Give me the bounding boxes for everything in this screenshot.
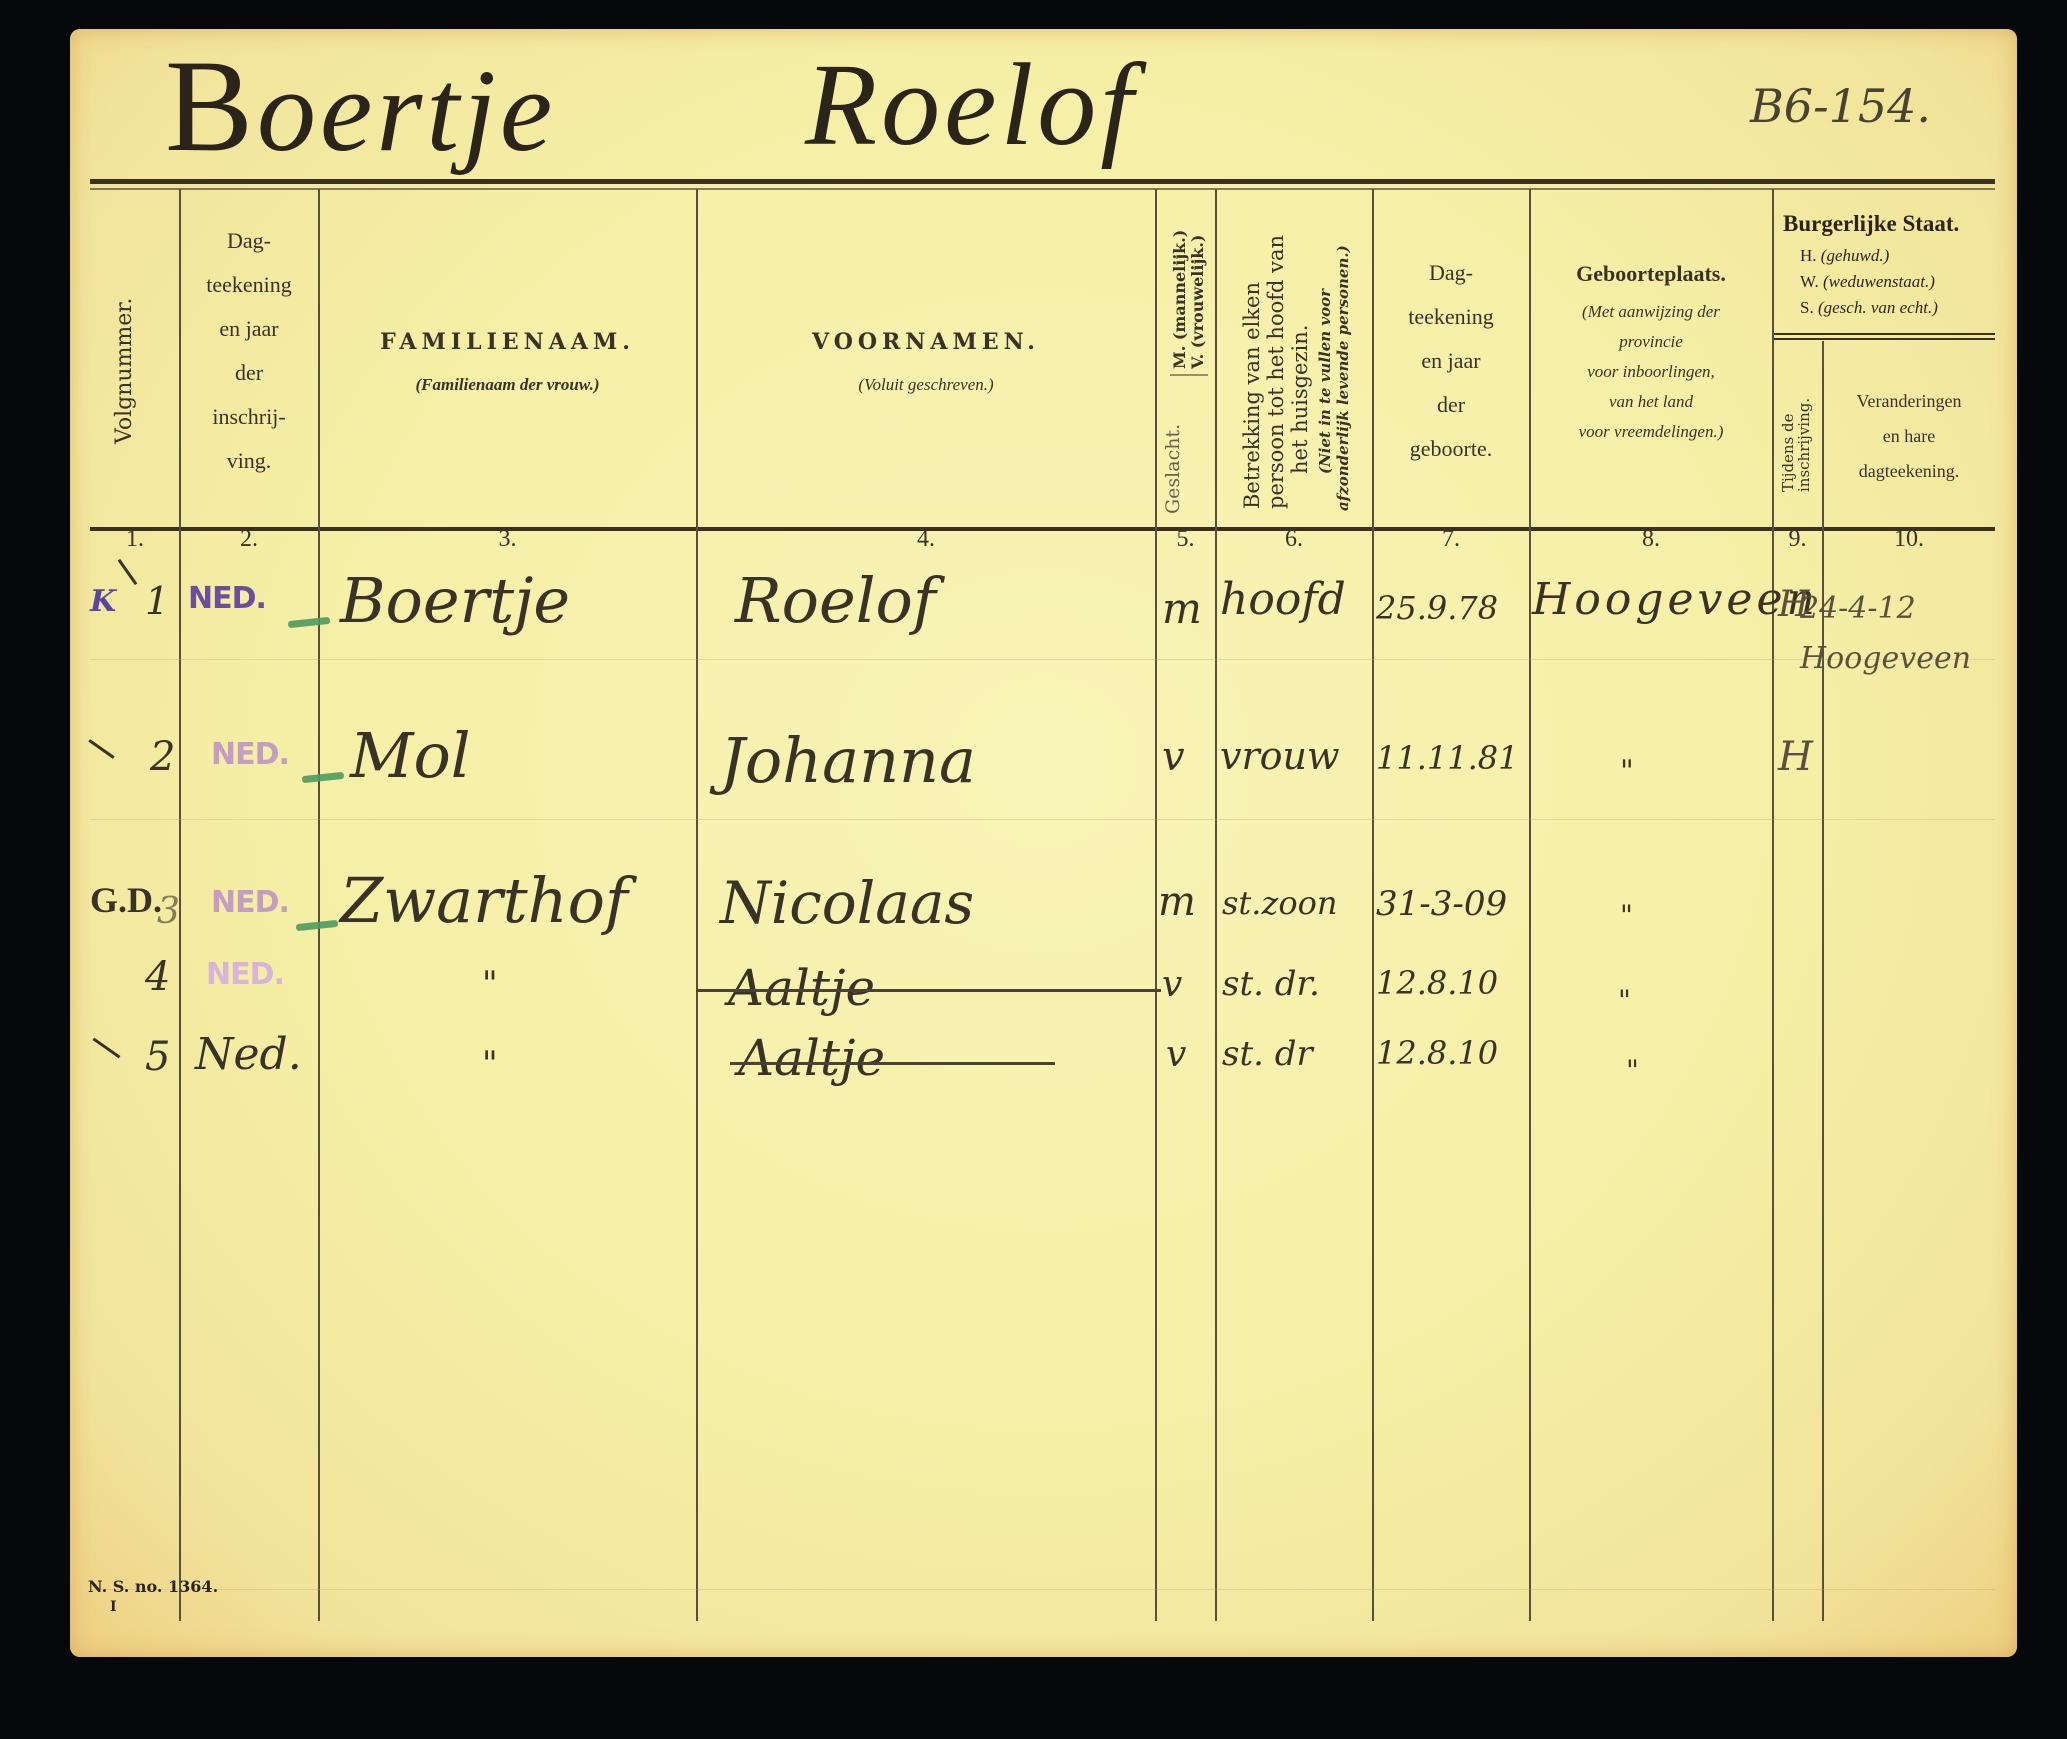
header-betrekking-line2: persoon tot het hoofd van xyxy=(1264,235,1288,509)
staat-rule-1 xyxy=(1774,333,1995,335)
row-geboortedatum: 25.9.78 xyxy=(1376,589,1498,627)
row-volgnummer: 1 xyxy=(145,579,169,623)
row-familienaam: Boertje xyxy=(340,564,570,637)
row-geslacht: v xyxy=(1162,964,1182,1005)
row-familienaam: " xyxy=(482,1044,498,1084)
header-tijdens-inschrijving: Tijdens de inschrijving. xyxy=(1780,398,1812,492)
column-divider-4 xyxy=(1155,189,1157,1621)
row-geslacht: v xyxy=(1166,1034,1186,1075)
row-staat: H xyxy=(1778,734,1813,780)
row-betrekking: hoofd xyxy=(1220,574,1346,625)
row-geboortedatum: 31-3-09 xyxy=(1376,884,1507,924)
staat-rule-2 xyxy=(1774,338,1995,340)
margin-mark: G.D. xyxy=(90,879,162,921)
column-divider-5 xyxy=(1215,189,1217,1621)
column-divider-3 xyxy=(696,189,698,1621)
row-familienaam: Zwarthof xyxy=(340,864,628,937)
row-betrekking: vrouw xyxy=(1220,734,1340,778)
row-volgnummer: 2 xyxy=(150,734,175,780)
column-divider-8 xyxy=(1772,189,1774,1621)
check-mark xyxy=(93,1038,121,1059)
row-veranderingen: 24-4-12 Hoogeveen xyxy=(1800,584,1990,684)
check-mark xyxy=(88,739,114,759)
row-betrekking: st. dr xyxy=(1222,1034,1313,1074)
green-mark xyxy=(288,617,331,628)
header-surname: Boertje xyxy=(165,29,556,182)
column-number-3: 3. xyxy=(319,526,696,553)
ruled-line xyxy=(90,1589,1995,1590)
green-mark xyxy=(296,920,339,931)
header-betrekking-note2: afzonderlijk levende personen.) xyxy=(1334,245,1352,511)
check-mark xyxy=(118,559,138,585)
header-dagteekening-inschrijving: Dag- teekening en jaar der inschrij- vin… xyxy=(180,219,318,483)
nationality-stamp: NED. xyxy=(211,885,289,920)
column-number-9: 9. xyxy=(1773,526,1822,553)
header-betrekking-note1: (Niet in te vullen voor xyxy=(1316,289,1334,474)
row-geslacht: m xyxy=(1162,584,1202,633)
nationality-handwritten: Ned. xyxy=(195,1029,302,1080)
row-familienaam: Mol xyxy=(350,719,471,792)
row-geboortedatum: 11.11.81 xyxy=(1376,739,1519,777)
row-geboorteplaats: " xyxy=(1620,899,1633,932)
header-geboorteplaats: Geboorteplaats. (Met aanwijzing der prov… xyxy=(1530,261,1772,447)
header-familienaam: FAMILIENAAM. (Familienaam der vrouw.) xyxy=(319,329,696,395)
header-veranderingen: Veranderingen en hare dagteekening. xyxy=(1823,384,1995,489)
staat-legend-h: H. (gehuwd.) xyxy=(1800,243,1938,269)
form-number: N. S. no. 1364. xyxy=(88,1577,218,1596)
header-dagteekening-geboorte: Dag- teekening en jaar der geboorte. xyxy=(1373,251,1529,471)
row-geboorteplaats: Hoogeveen xyxy=(1532,574,1819,625)
row-geslacht: m xyxy=(1158,879,1196,925)
green-mark xyxy=(302,772,345,783)
row-volgnummer: 4 xyxy=(145,954,170,1000)
column-number-1: 1. xyxy=(90,526,180,553)
ruled-line xyxy=(90,819,1995,820)
column-divider-2 xyxy=(318,189,320,1621)
header-firstname: Roelof xyxy=(805,37,1137,173)
header-voornamen: VOORNAMEN. (Voluit geschreven.) xyxy=(697,329,1155,395)
row-voornamen: Aaltje xyxy=(738,1029,885,1087)
staat-legend-s: S. (gesch. van echt.) xyxy=(1800,295,1938,321)
column-number-7: 7. xyxy=(1373,526,1529,553)
nationality-stamp: NED. xyxy=(188,581,266,616)
register-card: Boertje Roelof B6-154. Volgnummer. Dag- … xyxy=(70,29,2017,1657)
row-voornamen: Aaltje xyxy=(728,959,875,1017)
row-familienaam: " xyxy=(482,964,498,1004)
ruled-line xyxy=(90,659,1995,660)
row-voornamen: Roelof xyxy=(735,564,936,637)
row-voornamen: Nicolaas xyxy=(720,869,974,937)
row-volgnummer: 5 xyxy=(145,1034,170,1080)
header-geslacht: Geslacht. xyxy=(1162,424,1184,514)
row-geboortedatum: 12.8.10 xyxy=(1376,964,1498,1002)
row-betrekking: st. dr. xyxy=(1222,964,1320,1004)
row-volgnummer: 3 xyxy=(157,891,180,932)
header-betrekking-line1: Betrekking van elken xyxy=(1240,282,1264,509)
row-geboorteplaats: " xyxy=(1618,984,1631,1017)
column-number-4: 4. xyxy=(697,526,1155,553)
margin-mark: K xyxy=(90,584,115,619)
row-betrekking: st.zoon xyxy=(1222,884,1337,922)
header-surname-initial: B xyxy=(165,32,257,179)
nationality-stamp: NED. xyxy=(206,957,284,992)
header-top-rule-thin xyxy=(90,188,1995,190)
geslacht-legend-v: V. (vrouwelijk.) xyxy=(1188,235,1207,369)
strikethrough-line xyxy=(730,1062,1055,1065)
reference-number: B6-154. xyxy=(1750,79,1931,133)
header-top-rule xyxy=(90,179,1995,184)
column-number-10: 10. xyxy=(1823,526,1995,553)
strikethrough-line xyxy=(696,989,1161,992)
column-number-2: 2. xyxy=(180,526,318,553)
row-voornamen: Johanna xyxy=(720,724,976,797)
header-betrekking-line3: het huisgezin. xyxy=(1288,325,1312,474)
row-geboorteplaats: " xyxy=(1620,754,1634,789)
geslacht-divider xyxy=(1170,374,1208,376)
staat-legend-w: W. (weduwenstaat.) xyxy=(1800,269,1938,295)
row-geslacht: v xyxy=(1162,734,1185,780)
nationality-stamp: NED. xyxy=(211,737,289,772)
row-geboorteplaats: " xyxy=(1626,1054,1639,1087)
column-number-8: 8. xyxy=(1530,526,1772,553)
column-number-6: 6. xyxy=(1216,526,1372,553)
header-surname-rest: oertje xyxy=(257,45,556,176)
form-subnumber: I xyxy=(110,1599,117,1615)
column-number-5: 5. xyxy=(1156,526,1215,553)
geslacht-legend-m: M. (mannelijk.) xyxy=(1170,230,1189,369)
header-burgerlijke-staat: Burgerlijke Staat. xyxy=(1783,211,1959,237)
staat-legend: H. (gehuwd.) W. (weduwenstaat.) S. (gesc… xyxy=(1800,243,1938,321)
header-volgnummer: Volgnummer. xyxy=(112,298,137,444)
row-geboortedatum: 12.8.10 xyxy=(1376,1034,1498,1072)
